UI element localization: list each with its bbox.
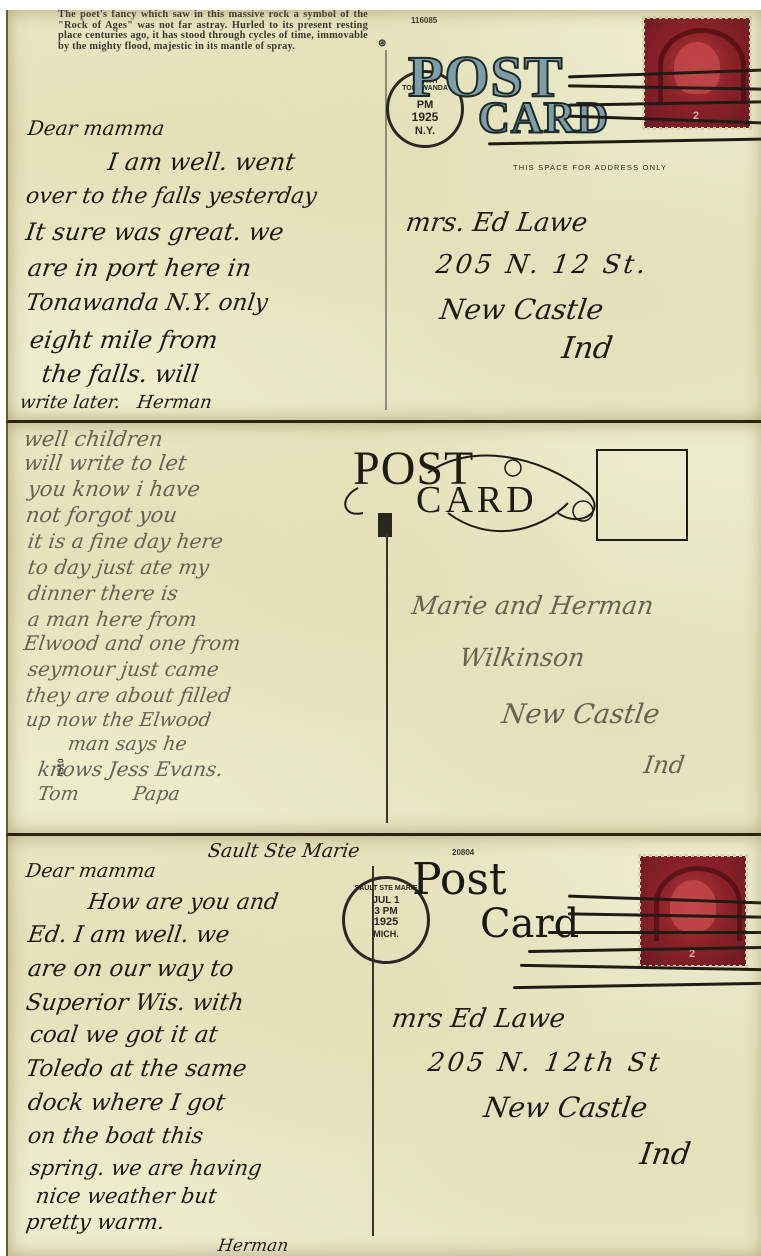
postcard-1-address-notice: THIS SPACE FOR ADDRESS ONLY — [513, 163, 667, 172]
message-line: coal we got it at — [28, 1024, 219, 1047]
address-line: Wilkinson — [458, 645, 586, 670]
postcard-3: Sault Ste Marie 20804 SAULT STE MARIE JU… — [6, 836, 761, 1256]
address-line: mrs. Ed Lawe — [404, 210, 589, 236]
message-line: over to the falls yesterday — [24, 186, 318, 208]
address-line: New Castle — [500, 701, 661, 728]
postcard-1-caption: The poet's fancy which saw in this massi… — [58, 10, 368, 52]
address-line: 205 N. 12 St. — [434, 252, 650, 278]
postcard-2: POST CARD 4510 well children will write … — [6, 423, 761, 836]
postcard-2-divider — [386, 533, 388, 823]
postcard-2-stamp-placeholder — [596, 449, 688, 541]
message-line: they are about filled — [25, 685, 233, 705]
message-line: Superior Wis. with — [24, 992, 245, 1015]
message-line: it is a fine day here — [27, 531, 225, 551]
address-line: Marie and Herman — [410, 593, 655, 618]
message-line: seymour just came — [27, 659, 221, 679]
postcard-1: The poet's fancy which saw in this massi… — [6, 10, 761, 423]
message-line: It sure was great. we — [24, 220, 285, 244]
address-line: New Castle — [438, 296, 605, 324]
message-line: How are you and — [86, 892, 279, 914]
message-line: spring. we are having — [29, 1158, 264, 1179]
message-line: you know i have — [27, 479, 202, 500]
cancel-line — [548, 931, 761, 934]
message-line: man says he — [67, 735, 188, 754]
address-line: Ind — [560, 334, 615, 364]
message-line: are in port here in — [26, 256, 252, 280]
message-line: on the boat this — [26, 1126, 204, 1148]
cancel-line — [513, 982, 761, 989]
message-line: Elwood and one from — [23, 633, 242, 653]
address-line: 205 N. 12th St — [426, 1050, 664, 1076]
message-line: the falls. will — [40, 362, 200, 386]
message-line: will write to let — [23, 453, 188, 474]
message-line: to day just ate my — [27, 557, 211, 577]
message-line: Toledo at the same — [24, 1058, 248, 1081]
message-line: Tonawanda N.Y. only — [24, 292, 269, 315]
address-line: Ind — [638, 1140, 693, 1170]
message-line: nice weather but — [35, 1186, 218, 1207]
message-line: up now the Elwood — [25, 711, 212, 730]
message-line-signature: Tom Papa — [37, 785, 181, 804]
address-line: New Castle — [482, 1094, 649, 1122]
message-line: well children — [23, 429, 165, 450]
message-line: Dear mamma — [25, 862, 157, 881]
postcard-1-ornament-icon: ⊛ — [378, 38, 386, 49]
postcard-3-title-card: Card — [480, 904, 579, 944]
message-line: eight mile from — [28, 328, 219, 352]
message-line-signature: write later. Herman — [19, 394, 213, 412]
message-line: dinner there is — [27, 583, 180, 603]
message-line: knows Jess Evans. — [37, 759, 225, 779]
postcard-1-serial: 116085 — [411, 16, 437, 25]
address-line: Ind — [642, 753, 686, 777]
message-line: a man here from — [27, 609, 199, 629]
message-line: pretty warm. — [25, 1212, 166, 1233]
postcard-3-place-heading: Sault Ste Marie — [207, 842, 361, 861]
message-line-signature: Herman — [217, 1238, 290, 1255]
message-line: not forgot you — [25, 505, 179, 526]
message-line: Ed. I am well. we — [26, 924, 231, 947]
message-line: I am well. went — [106, 150, 296, 174]
message-line: Dear mamma — [27, 118, 166, 138]
postcard-3-title-post: Post — [412, 858, 507, 902]
postcard-2-title-card: CARD — [416, 481, 538, 519]
message-line: dock where I got — [26, 1092, 226, 1115]
address-line: mrs Ed Lawe — [390, 1006, 567, 1032]
message-line: are on our way to — [26, 958, 235, 981]
